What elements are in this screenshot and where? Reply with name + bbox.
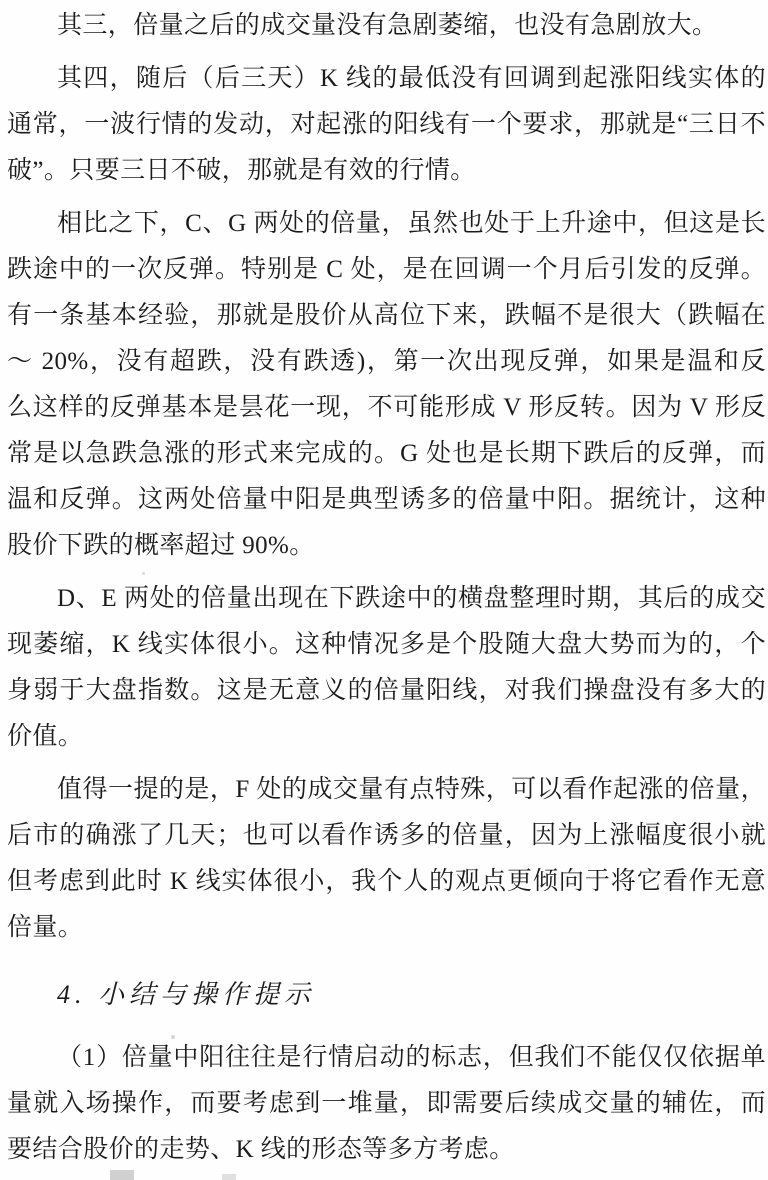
text-line: 有一条基本经验，那就是股价从高位下来，跌幅不是很大（跌幅在 10% xyxy=(7,293,766,339)
text-line: 值得一提的是，F 处的成交量有点特殊，可以看作起涨的倍量，因为 xyxy=(7,767,766,813)
text-line: ～ 20%，没有超跌，没有跌透)，第一次出现反弹，如果是温和反弹，那 xyxy=(7,339,766,385)
heading-line: 4. 小结与操作提示 xyxy=(7,975,766,1015)
text-line: 跌途中的一次反弹。特别是 C 处，是在回调一个月后引发的反弹。股市 xyxy=(7,247,766,293)
scan-artifact xyxy=(222,1174,236,1180)
paragraph: 其三，倍量之后的成交量没有急剧萎缩，也没有急剧放大。 xyxy=(7,3,766,49)
paragraph: 其四，随后（后三天）K 线的最低没有回调到起涨阳线实体的一半。通常，一波行情的发… xyxy=(7,56,766,194)
paragraph: 值得一提的是，F 处的成交量有点特殊，可以看作起涨的倍量，因为后市的确涨了几天；… xyxy=(7,767,766,951)
text-line: 破”。只要三日不破，那就是有效的行情。 xyxy=(7,148,766,194)
text-line: 身弱于大盘指数。这是无意义的倍量阳线，对我们操盘没有多大的参考 xyxy=(7,668,766,714)
text-line: 现萎缩，K 线实体很小。这种情况多是个股随大盘大势而为的，个股本 xyxy=(7,622,766,668)
book-page: 其三，倍量之后的成交量没有急剧萎缩，也没有急剧放大。其四，随后（后三天）K 线的… xyxy=(0,0,768,1180)
text-line: 股价下跌的概率超过 90%。 xyxy=(7,523,766,569)
paragraph: （1）倍量中阳往往是行情启动的标志，但我们不能仅仅依据单个倍量就入场操作，而要考… xyxy=(7,1035,766,1173)
text-line: 后市的确涨了几天；也可以看作诱多的倍量，因为上涨幅度很小就回调。 xyxy=(7,813,766,859)
text-line: 量就入场操作，而要考虑到一堆量，即需要后续成交量的辅佐，而且还 xyxy=(7,1081,766,1127)
text-line: 温和反弹。这两处倍量中阳是典型诱多的倍量中阳。据统计，这种情况 xyxy=(7,477,766,523)
text-line: 要结合股价的走势、K 线的形态等多方考虑。 xyxy=(7,1127,766,1173)
section-heading: 4. 小结与操作提示 xyxy=(7,975,766,1015)
text-line: 常是以急跌急涨的形式来完成的。G 处也是长期下跌后的反弹，而且是 xyxy=(7,431,766,477)
text-line: 其四，随后（后三天）K 线的最低没有回调到起涨阳线实体的一半。 xyxy=(7,56,766,102)
paragraph: 相比之下，C、G 两处的倍量，虽然也处于上升途中，但这是长期下跌途中的一次反弹。… xyxy=(7,201,766,569)
text-line: 么这样的反弹基本是昙花一现，不可能形成 V 形反转。因为 V 形反转通 xyxy=(7,385,766,431)
paragraph: D、E 两处的倍量出现在下跌途中的横盘整理时期，其后的成交量出现萎缩，K 线实体… xyxy=(7,576,766,760)
text-line: （1）倍量中阳往往是行情启动的标志，但我们不能仅仅依据单个倍 xyxy=(7,1035,766,1081)
text-line: 价值。 xyxy=(7,714,766,760)
text-line: 但考虑到此时 K 线实体很小，我个人的观点更倾向于将它看作无意义的 xyxy=(7,859,766,905)
text-line: D、E 两处的倍量出现在下跌途中的横盘整理时期，其后的成交量出 xyxy=(7,576,766,622)
text-line: 倍量。 xyxy=(7,905,766,951)
text-line: 其三，倍量之后的成交量没有急剧萎缩，也没有急剧放大。 xyxy=(7,3,766,49)
text-line: 通常，一波行情的发动，对起涨的阳线有一个要求，那就是“三日不 xyxy=(7,102,766,148)
page-text: 其三，倍量之后的成交量没有急剧萎缩，也没有急剧放大。其四，随后（后三天）K 线的… xyxy=(7,3,766,1173)
text-line: 相比之下，C、G 两处的倍量，虽然也处于上升途中，但这是长期下 xyxy=(7,201,766,247)
